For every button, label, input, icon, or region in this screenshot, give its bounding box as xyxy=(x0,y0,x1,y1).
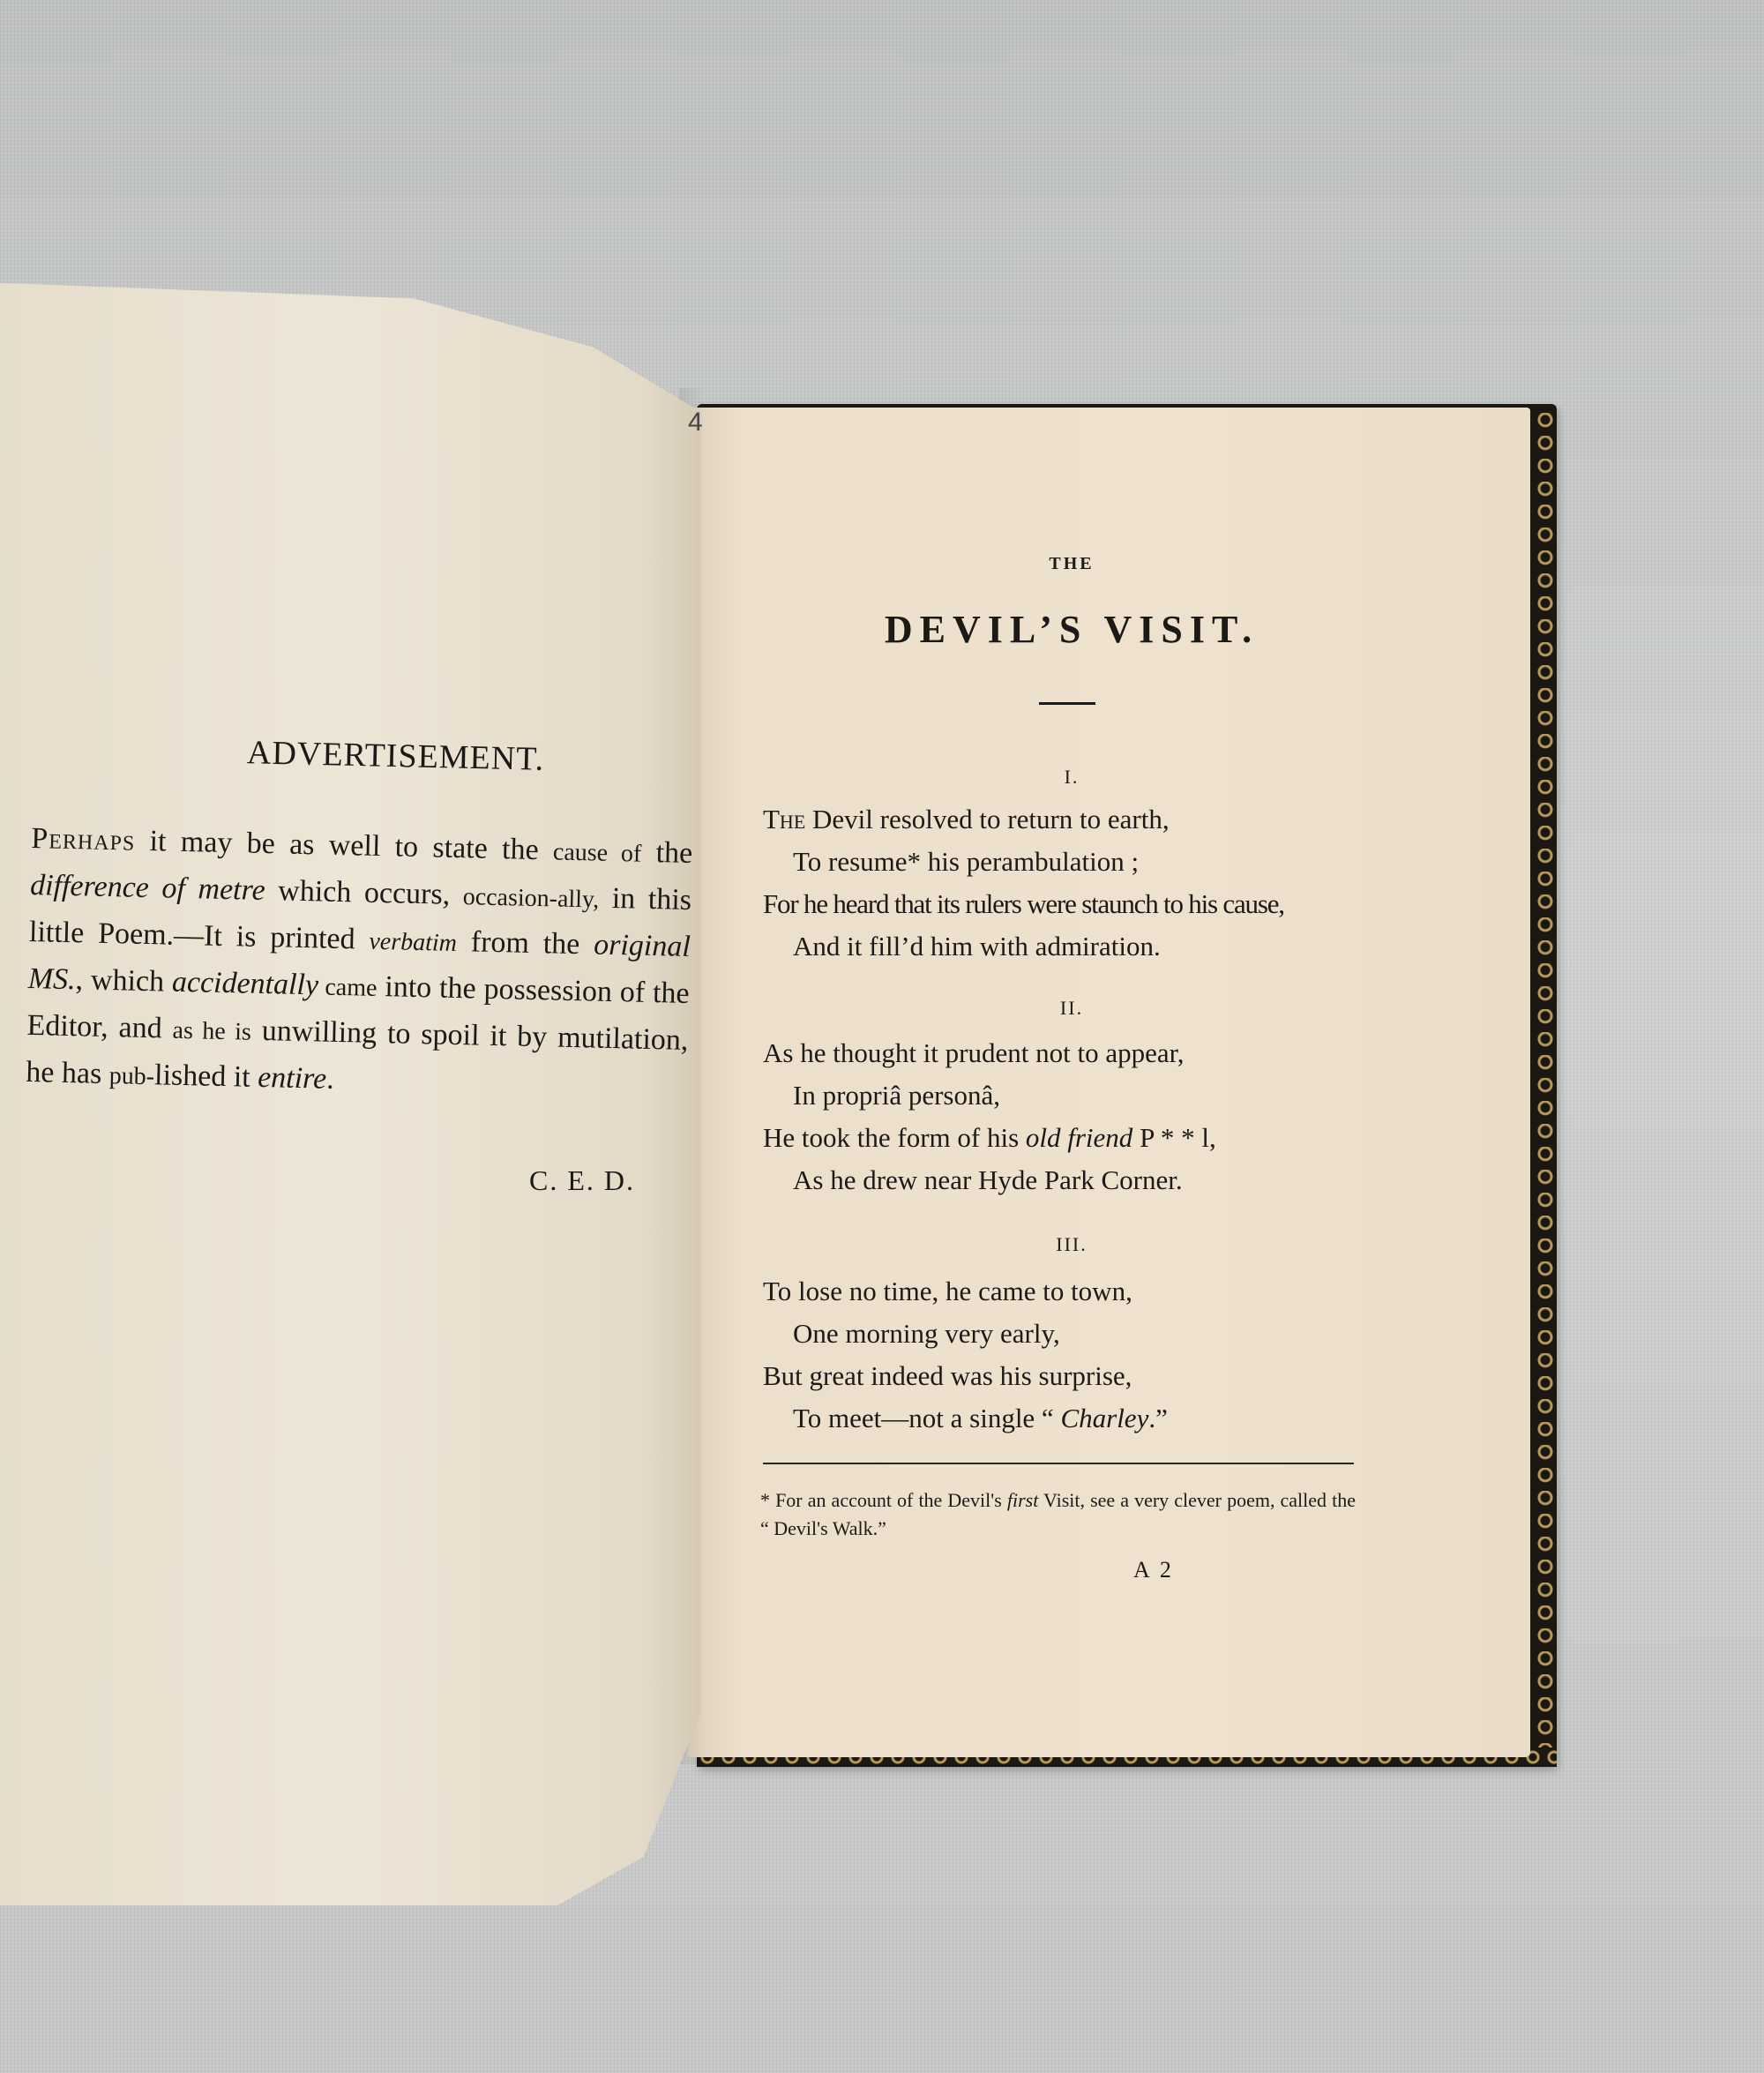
text: . xyxy=(326,1063,334,1096)
italic-text: entire xyxy=(258,1061,327,1096)
text: it may be as well to state the xyxy=(135,825,554,867)
text: from the xyxy=(457,925,594,962)
stanza-1: The Devil resolved to return to earth, T… xyxy=(763,798,1380,968)
advertisement-signature: C. E. D. xyxy=(529,1164,635,1197)
lead-word: The xyxy=(763,804,805,834)
italic-text: accidentally xyxy=(172,966,319,1002)
text: cause of xyxy=(553,838,642,867)
gilt-edge-right xyxy=(1534,413,1557,1758)
italic-text: old friend xyxy=(1026,1122,1132,1153)
title-rule xyxy=(1039,702,1095,705)
text: pub- xyxy=(108,1062,154,1090)
italic-text: first xyxy=(1007,1489,1038,1511)
stanza-number: I. xyxy=(763,766,1380,789)
title-prefix: THE xyxy=(763,554,1380,574)
text: which occurs, xyxy=(265,874,463,911)
verse-line: The Devil resolved to return to earth, xyxy=(763,798,1380,841)
verse-line: And it fill’d him with admiration. xyxy=(763,925,1380,968)
poem-title: DEVIL’S VISIT. xyxy=(763,607,1380,652)
verse-line: He took the form of his old friend P * *… xyxy=(763,1117,1380,1159)
lead-word: Perhaps xyxy=(31,822,136,857)
verse-line: For he heard that its rulers were staunc… xyxy=(763,883,1380,925)
printer-signature-mark: A 2 xyxy=(1133,1557,1174,1583)
text: .” xyxy=(1148,1403,1168,1433)
advertisement-heading: ADVERTISEMENT. xyxy=(247,733,545,779)
text: came xyxy=(318,973,377,1001)
verse-line: As he thought it prudent not to appear, xyxy=(763,1032,1380,1074)
verse-line: As he drew near Hyde Park Corner. xyxy=(763,1159,1380,1201)
italic-text: difference of metre xyxy=(30,869,265,907)
italic-text: verbatim xyxy=(369,928,457,957)
text: lished it xyxy=(154,1059,258,1094)
text: To meet—not a single “ xyxy=(793,1403,1060,1433)
text: He took the form of his xyxy=(763,1122,1026,1153)
verse-line: To resume* his perambulation ; xyxy=(763,841,1380,883)
text: * For an account of the Devil's xyxy=(760,1489,1007,1511)
stanza-2: As he thought it prudent not to appear, … xyxy=(763,1032,1380,1201)
verse-line: One morning very early, xyxy=(763,1313,1380,1355)
italic-text: Charley xyxy=(1060,1403,1148,1433)
advertisement-body: Perhaps it may be as well to state the c… xyxy=(26,816,693,1111)
verse-line: But great indeed was his surprise, xyxy=(763,1355,1380,1397)
verse-line: To meet—not a single “ Charley.” xyxy=(763,1397,1380,1440)
footnote: * For an account of the Devil's first Vi… xyxy=(760,1486,1356,1543)
text: Devil resolved to return to earth, xyxy=(805,804,1169,834)
text: occasion-ally, xyxy=(462,883,599,913)
pencil-page-mark: 4 xyxy=(688,408,703,438)
text: , which xyxy=(75,963,172,998)
stanza-number: III. xyxy=(763,1233,1380,1256)
verse-line: In propriâ personâ, xyxy=(763,1074,1380,1117)
stanza-number: II. xyxy=(763,997,1380,1020)
text: P * * l, xyxy=(1132,1122,1215,1153)
text: the xyxy=(641,836,693,870)
text: as he is xyxy=(172,1017,251,1046)
verse-line: To lose no time, he came to town, xyxy=(763,1270,1380,1313)
footnote-rule xyxy=(763,1463,1354,1464)
stanza-3: To lose no time, he came to town, One mo… xyxy=(763,1270,1380,1440)
